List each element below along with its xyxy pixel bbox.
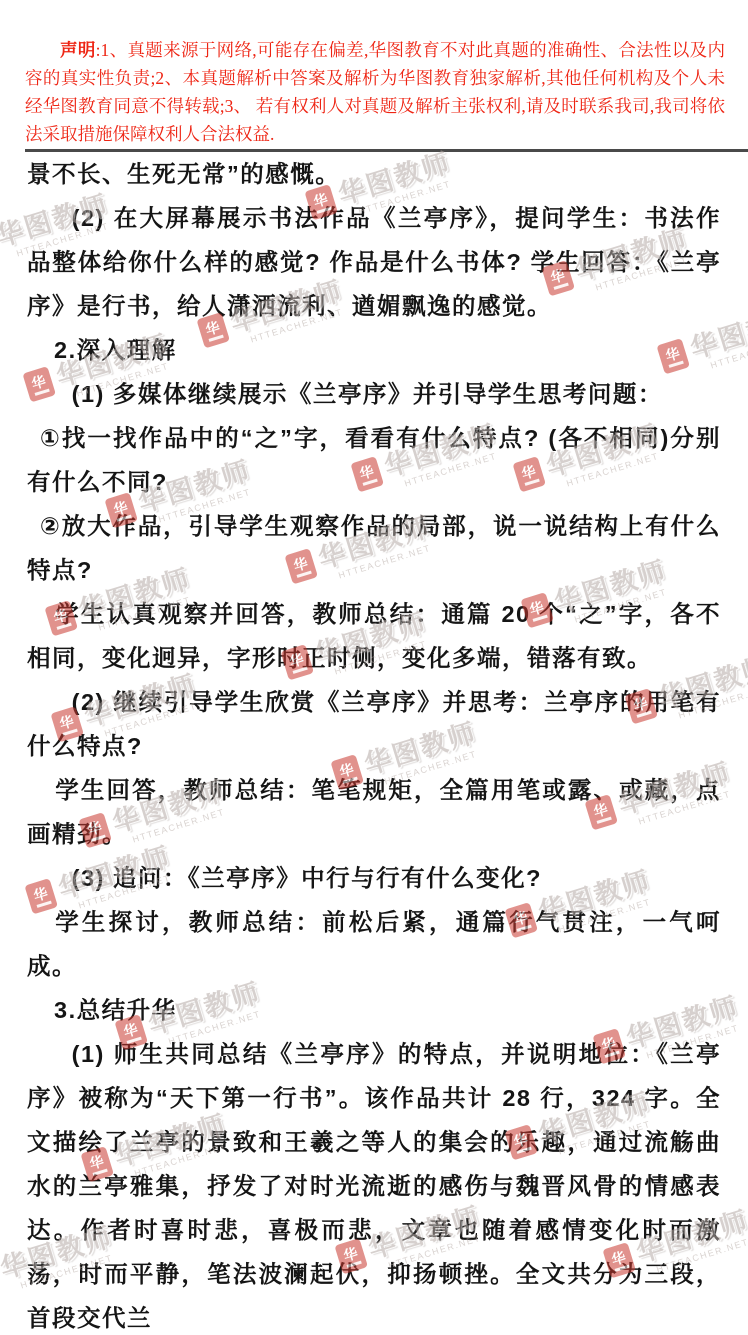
paragraph: 2.深入理解: [27, 328, 721, 372]
disclaimer-text: :1、真题来源于网络,可能存在偏差,华图教育不对此真题的准确性、合法性以及内容的…: [25, 40, 725, 144]
paragraph: 学生回答，教师总结：笔笔规矩，全篇用笔或露、或藏，点画精劲。: [27, 768, 721, 856]
paragraph: (1) 多媒体继续展示《兰亭序》并引导学生思考问题：: [27, 372, 721, 416]
disclaimer: 声明:1、真题来源于网络,可能存在偏差,华图教育不对此真题的准确性、合法性以及内…: [25, 36, 725, 148]
paragraph: ①找一找作品中的“之”字，看看有什么特点? (各不相同)分别有什么不同?: [27, 416, 721, 504]
paragraph: (2) 在大屏幕展示书法作品《兰亭序》，提问学生：书法作品整体给你什么样的感觉?…: [27, 196, 721, 328]
paragraph: (1) 师生共同总结《兰亭序》的特点，并说明地位：《兰亭序》被称为“天下第一行书…: [27, 1032, 721, 1335]
paragraph: (3) 追问：《兰亭序》中行与行有什么变化?: [27, 856, 721, 900]
paragraph: ②放大作品，引导学生观察作品的局部，说一说结构上有什么特点?: [27, 504, 721, 592]
document-page: 华华图教师HTTEACHER.NET华华图教师HTTEACHER.NET华华图教…: [0, 0, 748, 1335]
paragraph: 学生探讨，教师总结：前松后紧，通篇行气贯注，一气呵成。: [27, 900, 721, 988]
paragraph: (2) 继续引导学生欣赏《兰亭序》并思考：兰亭序的用笔有什么特点?: [27, 680, 721, 768]
document-body: 景不长、生死无常”的感慨。(2) 在大屏幕展示书法作品《兰亭序》，提问学生：书法…: [27, 152, 721, 1335]
paragraph: 景不长、生死无常”的感慨。: [27, 152, 721, 196]
disclaimer-label: 声明: [60, 40, 96, 60]
paragraph: 学生认真观察并回答，教师总结：通篇 20 个“之”字，各不相同，变化迥异，字形时…: [27, 592, 721, 680]
paragraph: 3.总结升华: [27, 988, 721, 1032]
